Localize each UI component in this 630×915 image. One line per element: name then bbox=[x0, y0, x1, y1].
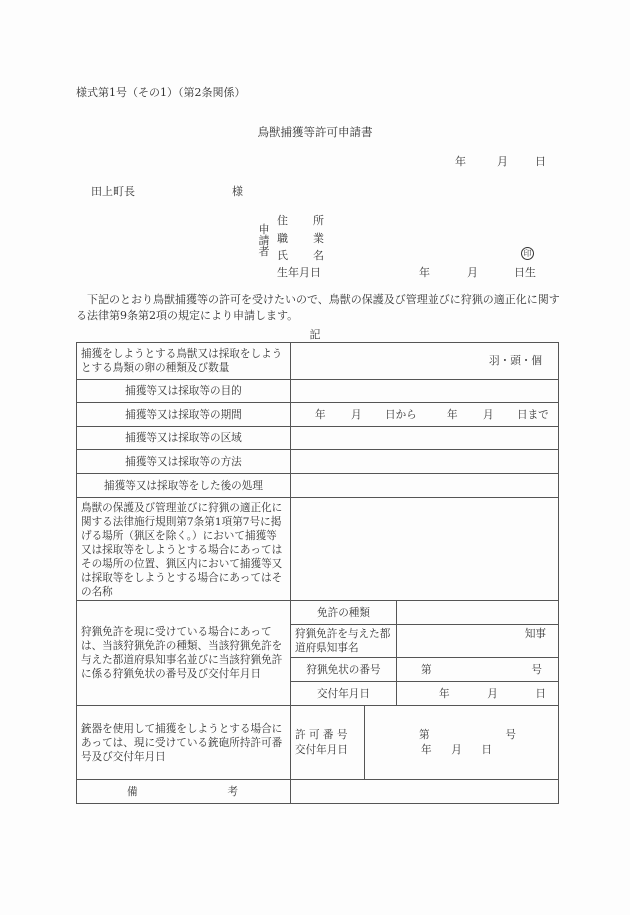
governor-field[interactable]: 知事 bbox=[397, 625, 559, 658]
ki-heading: 記 bbox=[0, 326, 630, 342]
row-label: 捕獲をしようとする鳥獣又は採取をしようとする鳥類の卵の種類及び数量 bbox=[77, 343, 291, 380]
table-row: 捕獲等又は採取等の目的 bbox=[77, 380, 559, 403]
period-start-day: 日から bbox=[385, 408, 447, 422]
row-label: 捕獲等又は採取等の方法 bbox=[77, 450, 291, 474]
applicant-occupation-field[interactable]: 職業 bbox=[277, 230, 324, 246]
application-date: 年月日 bbox=[455, 153, 546, 169]
period-field[interactable]: 年 月 日から 年 月 日まで bbox=[291, 403, 559, 427]
table-row: 備 考 bbox=[77, 780, 559, 804]
row-label: 捕獲等又は採取等の目的 bbox=[77, 380, 291, 403]
dob-day: 日生 bbox=[514, 264, 536, 280]
issue-date-label: 交付年月日 bbox=[291, 682, 397, 706]
label-char: 職 bbox=[277, 230, 313, 246]
gun-issue-day: 日 bbox=[481, 743, 492, 758]
method-field[interactable] bbox=[291, 450, 559, 474]
applicant-address-field[interactable]: 住所 bbox=[277, 212, 324, 228]
period-start-year: 年 bbox=[315, 408, 351, 422]
remarks-field[interactable] bbox=[291, 780, 559, 804]
species-quantity-field[interactable]: 羽・頭・個 bbox=[291, 343, 559, 380]
addressee: 田上町長 bbox=[91, 183, 135, 199]
period-end-year: 年 bbox=[447, 408, 483, 422]
disposal-field[interactable] bbox=[291, 474, 559, 498]
certificate-number-label: 狩猟免状の番号 bbox=[291, 658, 397, 682]
table-row: 捕獲等又は採取等の期間 年 月 日から 年 月 日まで bbox=[77, 403, 559, 427]
label-char: 氏 bbox=[277, 247, 313, 263]
row-label: 捕獲等又は採取等の区域 bbox=[77, 427, 291, 450]
row-label: 捕獲等又は採取等をした後の処理 bbox=[77, 474, 291, 498]
remarks-char: 備 bbox=[127, 785, 138, 799]
license-label: 狩猟免許を現に受けている場合にあっては、当該狩猟免許の種類、当該狩猟免許を与えた… bbox=[77, 601, 291, 706]
gun-permit-field[interactable]: 第 号 年 月 日 bbox=[365, 706, 559, 780]
license-type-field[interactable] bbox=[397, 601, 559, 625]
gun-number-suffix: 号 bbox=[505, 728, 516, 743]
table-row: 捕獲をしようとする鳥獣又は採取をしようとする鳥類の卵の種類及び数量 羽・頭・個 bbox=[77, 343, 559, 380]
dob-year: 年 bbox=[419, 264, 430, 280]
application-statement: 下記のとおり鳥獣捕獲等の許可を受けたいので、鳥獣の保護及び管理並びに狩猟の適正化… bbox=[76, 292, 560, 324]
remarks-label: 備 考 bbox=[77, 780, 291, 804]
label-char: 所 bbox=[313, 214, 324, 227]
gun-issue-month: 月 bbox=[451, 743, 462, 758]
application-table: 捕獲をしようとする鳥獣又は採取をしようとする鳥類の卵の種類及び数量 羽・頭・個 … bbox=[76, 342, 559, 804]
period-start-month: 月 bbox=[351, 408, 385, 422]
seal-icon: 印 bbox=[521, 247, 534, 260]
table-row: 銃器を使用して捕獲をしようとする場合にあっては、現に受けている銃砲所持許可番号及… bbox=[77, 706, 559, 780]
gun-issue-year: 年 bbox=[421, 743, 432, 758]
location-field[interactable] bbox=[291, 498, 559, 601]
date-day: 日 bbox=[535, 153, 546, 169]
period-end-day: 日まで bbox=[517, 408, 549, 422]
gun-sub-label: 許 可 番 号 交付年月日 bbox=[291, 706, 365, 780]
issue-year: 年 bbox=[439, 687, 450, 701]
number-suffix: 号 bbox=[531, 663, 542, 677]
addressee-suffix: 様 bbox=[232, 183, 243, 199]
issue-month: 月 bbox=[487, 687, 498, 701]
date-year: 年 bbox=[455, 153, 497, 169]
period-end-month: 月 bbox=[483, 408, 517, 422]
permit-number-label: 許 可 番 号 bbox=[295, 728, 360, 743]
applicant-name-field[interactable]: 氏名 bbox=[277, 247, 324, 263]
table-row: 狩猟免許を現に受けている場合にあっては、当該狩猟免許の種類、当該狩猟免許を与えた… bbox=[77, 601, 559, 625]
applicant-group-label: 申請者 bbox=[258, 224, 270, 257]
table-row: 捕獲等又は採取等の区域 bbox=[77, 427, 559, 450]
governor-label: 狩猟免許を与えた都道府県知事名 bbox=[291, 625, 397, 658]
row-label: 鳥獣の保護及び管理並びに狩猟の適正化に関する法律施行規則第7条第1項第7号に掲げ… bbox=[77, 498, 291, 601]
row-label: 捕獲等又は採取等の期間 bbox=[77, 403, 291, 427]
gun-number-prefix: 第 bbox=[419, 728, 430, 743]
table-row: 捕獲等又は採取等をした後の処理 bbox=[77, 474, 559, 498]
document-title: 鳥獣捕獲等許可申請書 bbox=[0, 124, 630, 140]
applicant-dob-label: 生年月日 bbox=[277, 264, 321, 280]
issue-date-field[interactable]: 年 月 日 bbox=[397, 682, 559, 706]
label-char: 住 bbox=[277, 212, 313, 228]
label-char: 名 bbox=[313, 249, 324, 262]
remarks-char: 考 bbox=[227, 785, 238, 799]
table-row: 鳥獣の保護及び管理並びに狩猟の適正化に関する法律施行規則第7条第1項第7号に掲げ… bbox=[77, 498, 559, 601]
number-prefix: 第 bbox=[421, 663, 432, 677]
dob-month: 月 bbox=[467, 264, 478, 280]
gun-label: 銃器を使用して捕獲をしようとする場合にあっては、現に受けている銃砲所持許可番号及… bbox=[77, 706, 291, 780]
purpose-field[interactable] bbox=[291, 380, 559, 403]
table-row: 捕獲等又は採取等の方法 bbox=[77, 450, 559, 474]
certificate-number-field[interactable]: 第 号 bbox=[397, 658, 559, 682]
form-id: 様式第1号（その1）（第2条関係） bbox=[76, 84, 246, 100]
license-type-label: 免許の種類 bbox=[291, 601, 397, 625]
label-char: 業 bbox=[313, 232, 324, 245]
gun-issue-date-label: 交付年月日 bbox=[295, 743, 360, 758]
date-month: 月 bbox=[497, 153, 535, 169]
issue-day: 日 bbox=[535, 687, 546, 701]
area-field[interactable] bbox=[291, 427, 559, 450]
